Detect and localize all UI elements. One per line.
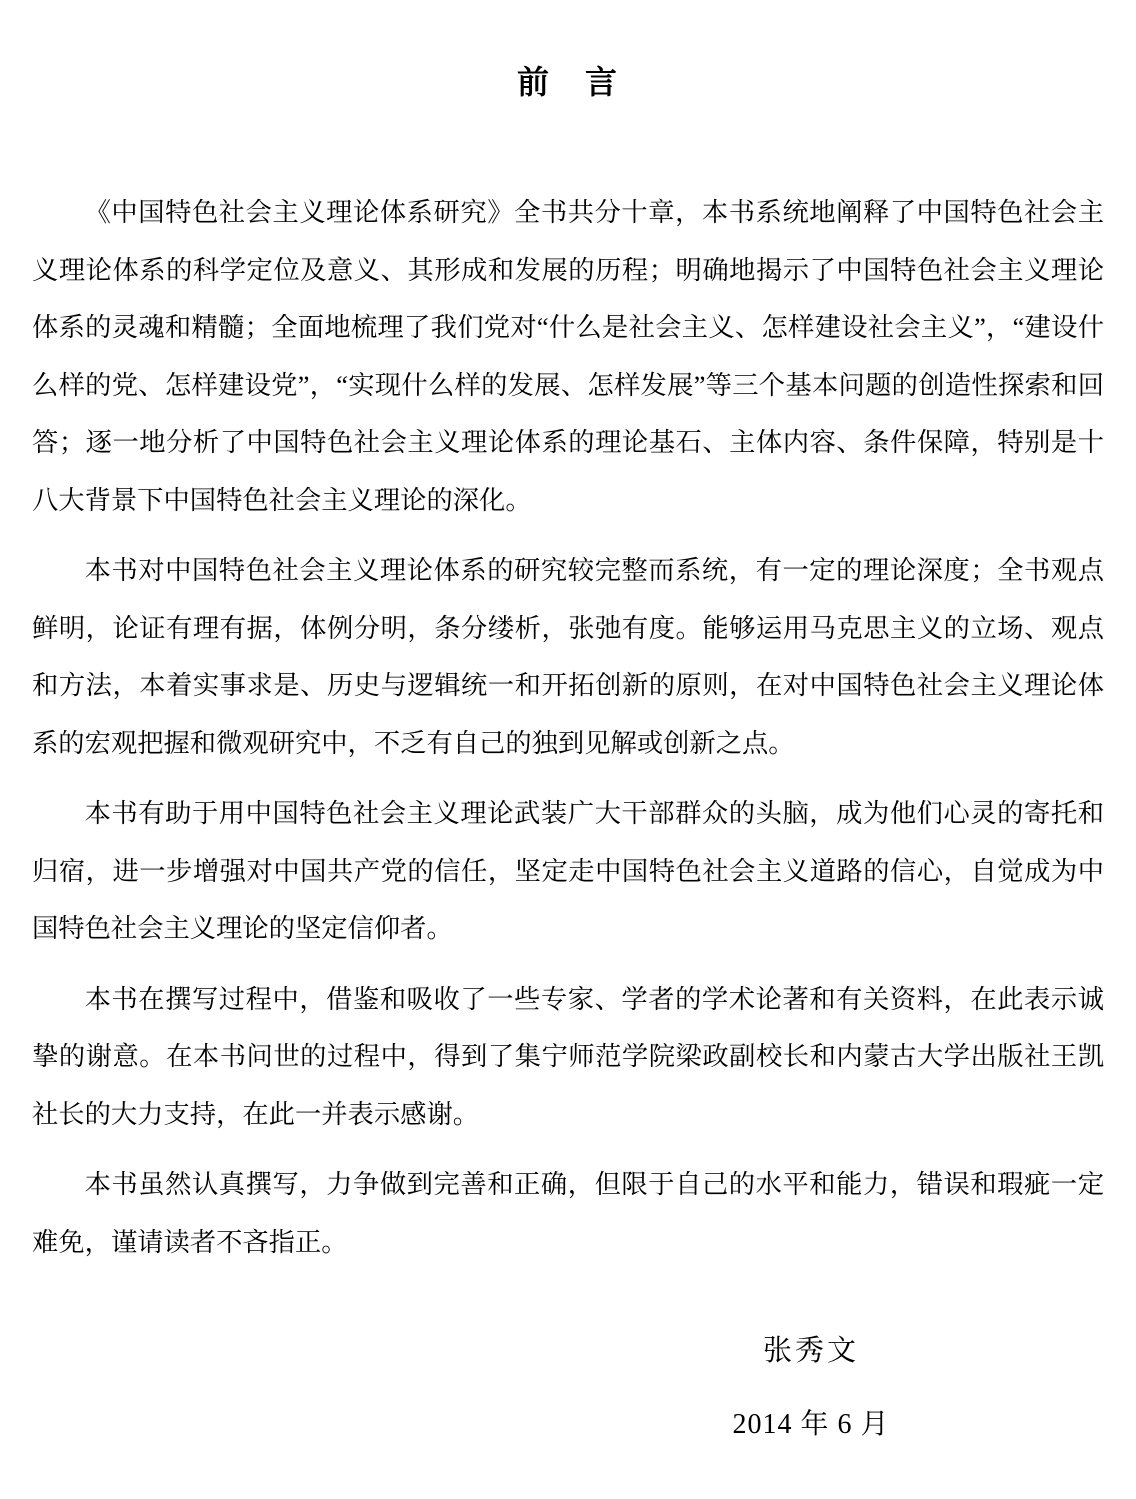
signature-block: 张秀文 2014 年 6 月 <box>641 1315 981 1461</box>
preface-paragraph: 本书虽然认真撰写，力争做到完善和正确，但限于自己的水平和能力，错误和瑕疵一定难免… <box>32 1156 1104 1271</box>
publication-date: 2014 年 6 月 <box>641 1388 981 1461</box>
preface-body: 《中国特色社会主义理论体系研究》全书共分十章，本书系统地阐释了中国特色社会主义理… <box>32 184 1104 1271</box>
preface-paragraph: 本书对中国特色社会主义理论体系的研究较完整而系统，有一定的理论深度；全书观点鲜明… <box>32 542 1104 772</box>
preface-paragraph: 本书在撰写过程中，借鉴和吸收了一些专家、学者的学术论著和有关资料，在此表示诚挚的… <box>32 971 1104 1144</box>
preface-paragraph: 本书有助于用中国特色社会主义理论武装广大干部群众的头脑，成为他们心灵的寄托和归宿… <box>32 785 1104 958</box>
page-title: 前 言 <box>32 0 1104 102</box>
preface-paragraph: 《中国特色社会主义理论体系研究》全书共分十章，本书系统地阐释了中国特色社会主义理… <box>32 184 1104 529</box>
preface-page: 前 言 《中国特色社会主义理论体系研究》全书共分十章，本书系统地阐释了中国特色社… <box>0 0 1136 1499</box>
author-name: 张秀文 <box>641 1315 981 1388</box>
